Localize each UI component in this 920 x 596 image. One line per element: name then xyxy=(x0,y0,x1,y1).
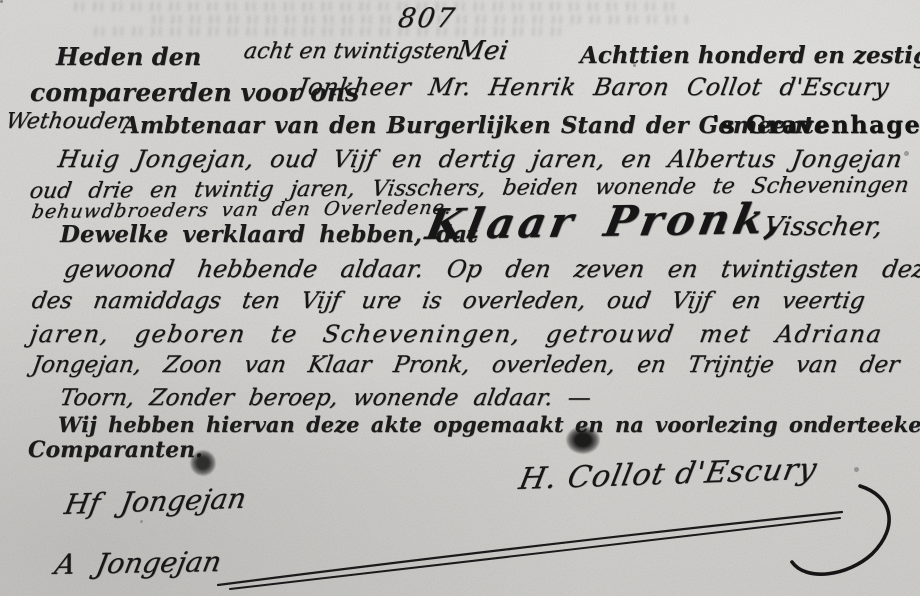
ink-blot xyxy=(190,450,216,476)
line-deceased-occupation: Visscher, xyxy=(762,212,885,242)
line-comparanten: Comparanten. xyxy=(28,437,203,463)
line-date-day: acht en twintigsten xyxy=(242,39,462,64)
line-office-wethouder: Wethouder xyxy=(4,109,130,134)
scanned-death-record: 807 Heden den acht en twintigsten Mei Ac… xyxy=(0,0,920,596)
line-date-month: Mei xyxy=(455,36,510,66)
ink-blot xyxy=(566,426,600,454)
line-declarant-1: Huig Jongejan, oud Vijf en dertig jaren,… xyxy=(56,145,904,173)
bleedthrough-text xyxy=(72,2,682,11)
signature-witness-2: A Jongejan xyxy=(52,545,224,581)
paper-specks xyxy=(0,0,3,3)
line-death-time-age: des namiddags ten Vijf ure is overleden,… xyxy=(30,288,867,314)
act-number: 807 xyxy=(396,3,458,34)
line-birthplace-spouse: jaren, geboren te Scheveningen, getrouwd… xyxy=(28,320,885,348)
line-date-year: Achttien honderd en zestig, xyxy=(580,42,920,69)
line-closing-printed: Wij hebben hiervan deze akte opgemaakt e… xyxy=(58,412,920,437)
line-relation-to-deceased: behuwdbroeders van den Overledene. xyxy=(30,197,454,223)
line-municipality: 's Gravenhage, xyxy=(712,110,920,139)
line-registrar-name: Jonkheer Mr. Henrik Baron Collot d'Escur… xyxy=(296,73,891,101)
line-date-printed-prefix: Heden den xyxy=(56,42,201,71)
line-parents: Jongejan, Zoon van Klaar Pronk, overlede… xyxy=(30,352,901,378)
bleedthrough-text xyxy=(92,27,562,36)
line-mother-residence: Toorn, Zonder beroep, wonende aldaar. — xyxy=(58,385,593,411)
line-declaration-printed: Dewelke verklaard hebben, dat xyxy=(60,221,478,248)
line-residence-death-date: gewoond hebbende aldaar. Op den zeven en… xyxy=(62,255,920,283)
line-deceased-name: Klaar Pronk, xyxy=(422,194,790,249)
